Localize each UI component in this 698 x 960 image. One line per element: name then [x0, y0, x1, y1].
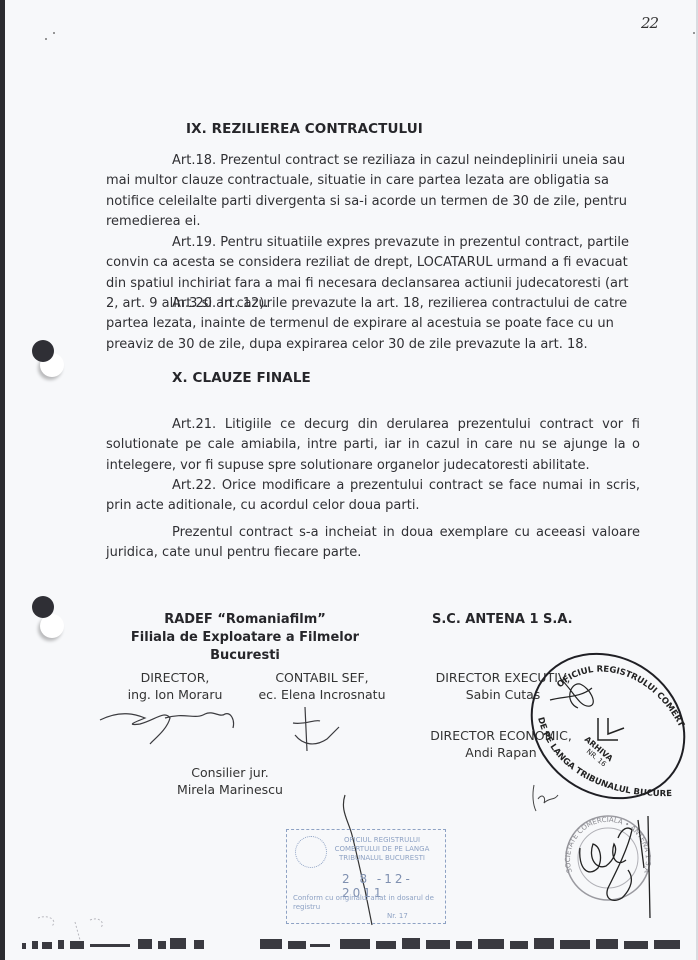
scan-speck	[53, 32, 55, 34]
article-20: Art.20. In cazurile prevazute la art. 18…	[106, 294, 640, 355]
signatory-accountant: CONTABIL SEF, ec. Elena Incrosnatu	[252, 669, 392, 703]
stamp-date-header: OFICIUL REGISTRULUI COMERTULUI DE PE LAN…	[327, 836, 437, 863]
article-22: Art.22. Orice modificare a prezentului c…	[106, 476, 640, 517]
party-left: RADEF “Romaniafilm” Filiala de Exploatar…	[100, 611, 390, 665]
stamp-emblem-icon	[295, 836, 327, 868]
stamp-company: SOCIETATE COMERCIALA • ANTENA 1 S.A. • I…	[548, 808, 698, 928]
article-21: Art.21. Litigiile ce decurg din derulare…	[106, 415, 640, 476]
scan-noise-strip	[10, 935, 690, 951]
article-label: Art.20.	[172, 296, 216, 311]
scan-speck	[693, 32, 695, 34]
scan-left-edge	[0, 0, 5, 960]
page-number: 22	[641, 14, 658, 32]
section-ix-heading: IX. REZILIEREA CONTRACTULUI	[186, 121, 423, 137]
stamp-date-number: Nr. 17	[387, 912, 408, 920]
article-label: Art.19.	[172, 235, 216, 250]
stamp-oval-top-text: OFICIUL REGISTRULUI COMERTULUI	[520, 648, 686, 729]
signatory-director: DIRECTOR, ing. Ion Moraru	[110, 669, 240, 703]
article-label: Art.21.	[172, 417, 216, 432]
signatory-legal-counsel: Consilier jur. Mirela Marinescu	[165, 764, 295, 798]
stamp-date-box: OFICIUL REGISTRULUI COMERTULUI DE PE LAN…	[286, 829, 446, 924]
signatory-title: Consilier jur.	[165, 764, 295, 781]
stamp-date-footer: Conform cu originalul aflat in dosarul d…	[293, 894, 439, 912]
article-label: Art.22.	[172, 478, 216, 493]
signatory-name: ec. Elena Incrosnatu	[252, 686, 392, 703]
scan-speck	[45, 38, 47, 40]
signatory-title: DIRECTOR,	[110, 669, 240, 686]
party-right-name: S.C. ANTENA 1 S.A.	[432, 611, 573, 629]
stamp-registry-office: OFICIUL REGISTRULUI COMERTULUI DE PE LAN…	[520, 648, 695, 808]
svg-text:OFICIUL REGISTRULUI COMERTULUI: OFICIUL REGISTRULUI COMERTULUI	[520, 648, 686, 729]
signature-director	[95, 700, 245, 750]
article-18: Art.18. Prezentul contract se reziliaza …	[106, 151, 640, 232]
closing-text: Prezentul contract s-a incheiat in doua …	[106, 525, 640, 560]
party-left-name: RADEF “Romaniafilm”	[100, 611, 390, 629]
article-label: Art.18.	[172, 153, 216, 168]
section-x-heading: X. CLAUZE FINALE	[172, 370, 311, 386]
signatory-title: CONTABIL SEF,	[252, 669, 392, 686]
closing-statement: Prezentul contract s-a incheiat in doua …	[106, 523, 640, 564]
signatory-name: Mirela Marinescu	[165, 781, 295, 798]
party-left-subname: Filiala de Exploatare a Filmelor Bucures…	[100, 629, 390, 665]
signature-accountant	[285, 705, 345, 755]
